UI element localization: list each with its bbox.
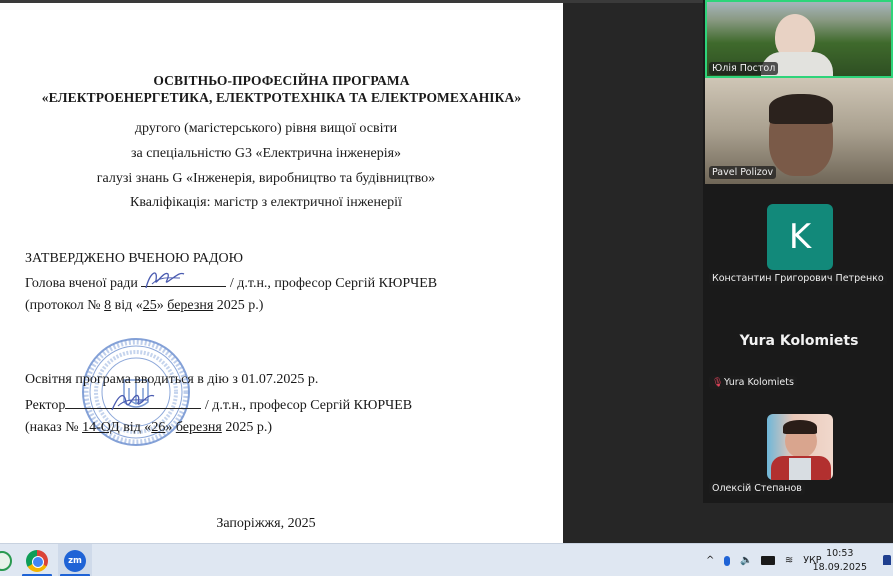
- doc-effective-date: Освітня програма вводиться в дію з 01.07…: [25, 372, 318, 388]
- zoom-taskbar-button[interactable]: zm: [58, 544, 92, 576]
- protocol-day: 25: [143, 298, 157, 313]
- doc-level: другого (магістерського) рівня вищої осв…: [0, 121, 532, 137]
- participant-tile-konstantin[interactable]: K Константин Григорович Петренко: [705, 190, 893, 290]
- clock-time: 10:53: [813, 547, 867, 561]
- participant-tile-yura[interactable]: Yura Kolomiets 🎙Yura Kolomiets: [705, 290, 893, 395]
- participant-video-hair: [769, 94, 833, 124]
- rector-signer: / д.т.н., професор Сергій КЮРЧЕВ: [201, 398, 412, 413]
- shared-document-page: ОСВІТНЬО-ПРОФЕСІЙНА ПРОГРАМА «ЕЛЕКТРОЕНЕ…: [0, 3, 563, 543]
- participant-display-name: Yura Kolomiets: [705, 333, 893, 349]
- participant-photo: [767, 414, 833, 480]
- active-speaker-border: [705, 0, 893, 78]
- participant-tile-oleksii[interactable]: Олексій Степанов: [705, 400, 893, 503]
- participant-tile-yulia[interactable]: Юлія Постол: [705, 0, 893, 78]
- battery-icon[interactable]: [761, 556, 775, 565]
- show-hidden-icons-chevron-icon[interactable]: ^: [706, 555, 714, 566]
- doc-qualification: Кваліфікація: магістр з електричної інже…: [0, 195, 532, 211]
- wifi-icon[interactable]: ≋: [785, 555, 793, 566]
- volume-icon[interactable]: 🔈: [740, 555, 752, 566]
- microphone-icon[interactable]: [724, 556, 730, 566]
- doc-approved-heading: ЗАТВЕРДЖЕНО ВЧЕНОЮ РАДОЮ: [25, 251, 243, 267]
- doc-order-line: (наказ № 14-ОД від «26» березня 2025 р.): [25, 420, 272, 436]
- clock-date: 18.09.2025: [813, 561, 867, 575]
- doc-title-line2: «ЕЛЕКТРОЕНЕРГЕТИКА, ЕЛЕКТРОТЕХНІКА ТА ЕЛ…: [0, 90, 563, 106]
- participant-tile-pavel[interactable]: Pavel Polizov: [705, 78, 893, 184]
- doc-rector-line: Ректор / д.т.н., професор Сергій КЮРЧЕВ: [25, 396, 412, 414]
- participant-name: Pavel Polizov: [709, 166, 776, 179]
- participant-name: Константин Григорович Петренко: [709, 272, 887, 285]
- zoom-icon: zm: [64, 550, 86, 572]
- signature-icon: [140, 266, 188, 292]
- chrome-icon[interactable]: [26, 550, 48, 572]
- windows-taskbar: zm ^ 🔈 ≋ УКР 10:53 18.09.2025: [0, 543, 893, 576]
- order-month: березня: [176, 420, 222, 435]
- whatsapp-icon[interactable]: [0, 551, 12, 571]
- protocol-month: березня: [167, 298, 213, 313]
- participant-avatar: K: [767, 204, 833, 270]
- council-head-signer: / д.т.н., професор Сергій КЮРЧЕВ: [226, 276, 437, 291]
- doc-title-line1: ОСВІТНЬО-ПРОФЕСІЙНА ПРОГРАМА: [0, 73, 563, 89]
- order-number: 14-ОД: [82, 420, 120, 435]
- mic-muted-icon: 🎙: [712, 378, 720, 388]
- system-tray: ^ 🔈 ≋ УКР: [706, 544, 822, 576]
- participant-name: Олексій Степанов: [709, 482, 805, 495]
- doc-council-head-line: Голова вченої ради / д.т.н., професор Се…: [25, 274, 437, 292]
- rector-signature-icon: [108, 386, 156, 414]
- participant-name-tag: 🎙Yura Kolomiets: [709, 376, 797, 389]
- doc-field: галузі знань G «Інженерія, виробництво т…: [0, 171, 532, 187]
- doc-specialty: за спеціальністю G3 «Електрична інженері…: [0, 146, 532, 162]
- clock[interactable]: 10:53 18.09.2025: [813, 547, 867, 575]
- order-day: 26: [151, 420, 165, 435]
- rector-label: Ректор: [25, 398, 65, 413]
- doc-footer: Запоріжжя, 2025: [0, 516, 532, 532]
- doc-protocol-line: (протокол № 8 від «25» березня 2025 р.): [25, 298, 263, 314]
- participant-gallery: Юлія Постол Pavel Polizov K Константин Г…: [703, 0, 893, 503]
- council-head-label: Голова вченої ради: [25, 276, 138, 291]
- notifications-icon[interactable]: [883, 555, 891, 565]
